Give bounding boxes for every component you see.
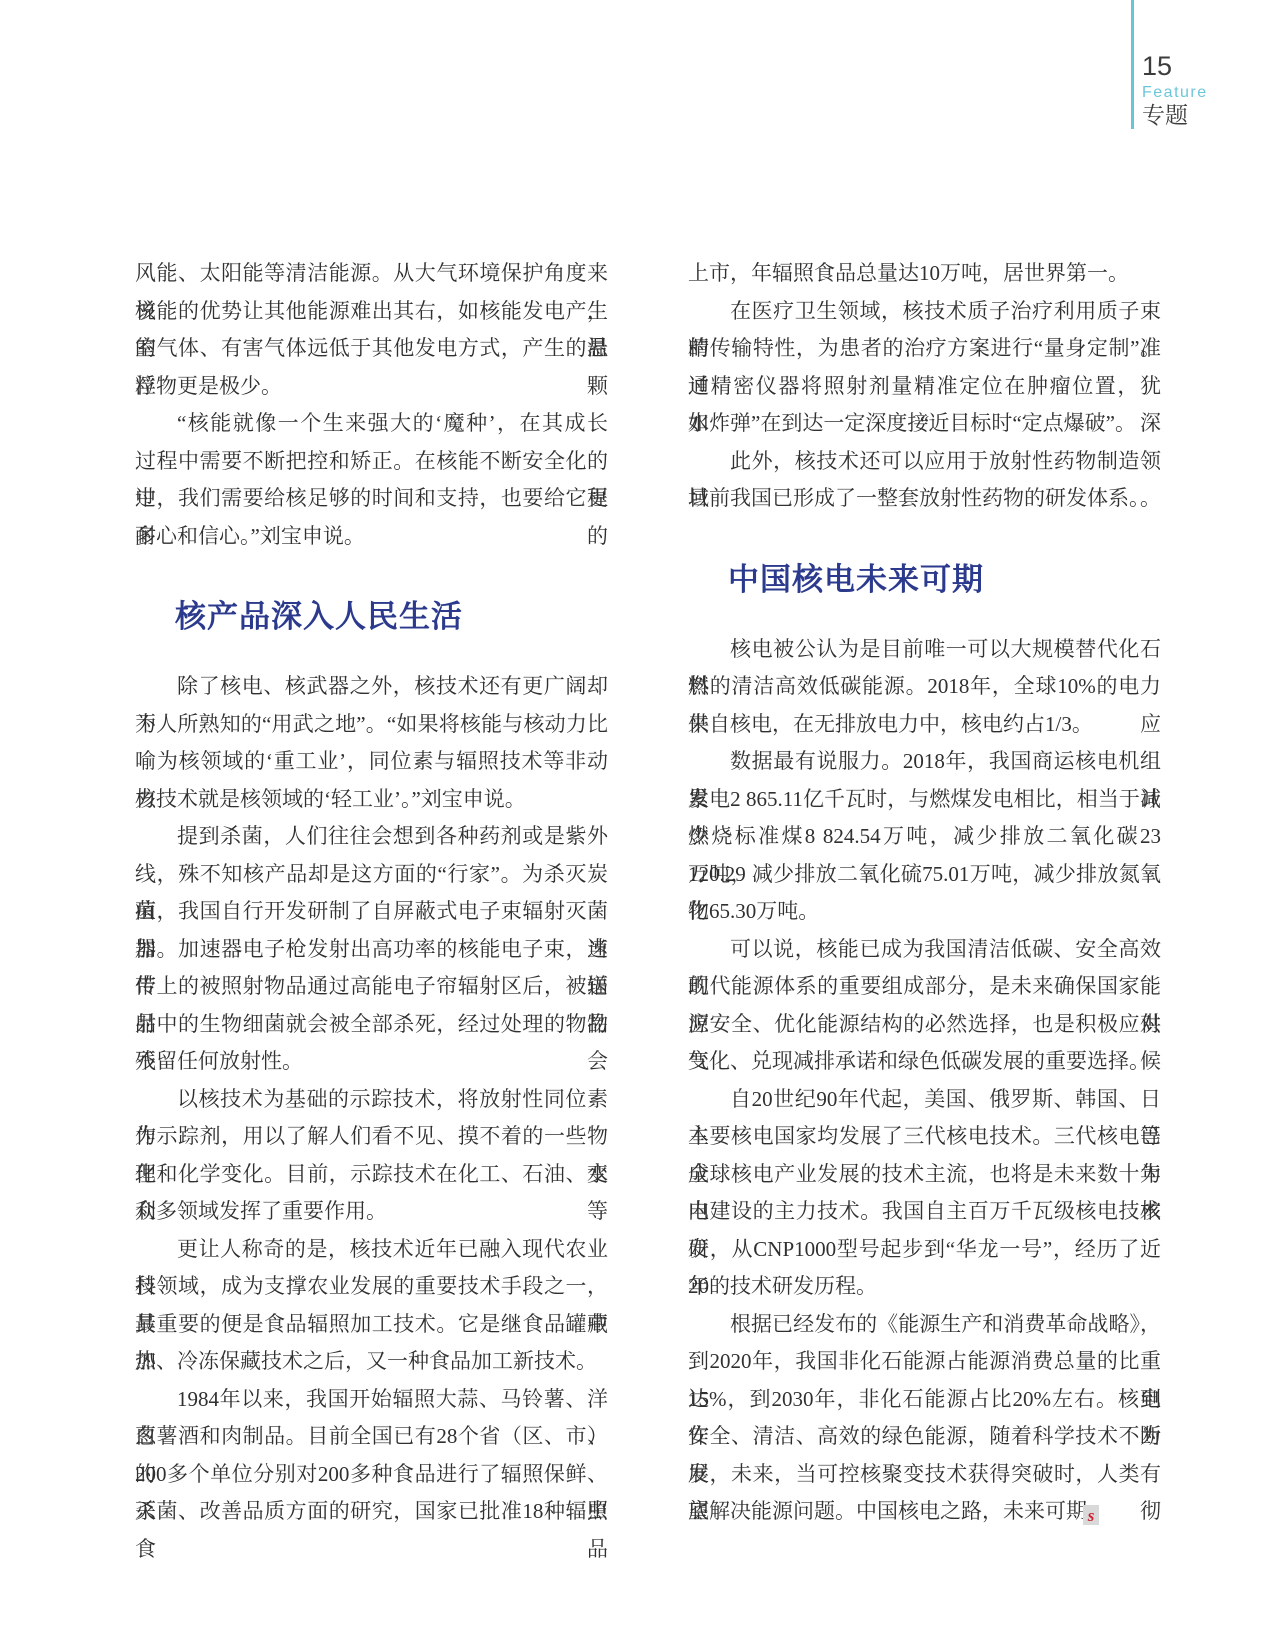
page-number: 15: [1142, 53, 1172, 80]
text-line: 热、冷冻保藏技术之后，又一种食品加工新技术。: [135, 1343, 608, 1381]
text-line: 的传输特性，为患者的治疗方案进行“量身定制”。通: [688, 330, 1161, 368]
text-line: 技领域，成为支撑农业发展的重要技术手段之一，其中: [135, 1268, 608, 1306]
text-line: 电建设的主力技术。我国自主百万千瓦级核电技术研: [688, 1193, 1161, 1231]
text-line: 提到杀菌，人们往往会想到各种药剂或是紫外: [135, 818, 608, 856]
text-line: 目前我国已形成了一整套放射性药物的研发体系。: [688, 480, 1161, 518]
text-line: 过精密仪器将照射剂量精准定位在肿瘤位置，犹如“深: [688, 368, 1161, 406]
text-line: 为示踪剂，用以了解人们看不见、摸不着的一些物理变: [135, 1118, 608, 1156]
text-line: 自20世纪90年代起，美国、俄罗斯、韩国、日本等: [688, 1081, 1161, 1119]
text-line: 变化、兑现减排承诺和绿色低碳发展的重要选择。: [688, 1043, 1161, 1081]
text-line: 水炸弹”在到达一定深度接近目标时“定点爆破”。: [688, 405, 1161, 443]
text-line: 发电2 865.11亿千瓦时，与燃煤发电相比，相当于减少: [688, 781, 1161, 819]
text-line: 来自核电，在无排放电力中，核电约占1/3。: [688, 706, 1161, 744]
text-line: 展，未来，当可控核聚变技术获得突破时，人类有望彻: [688, 1456, 1161, 1494]
left-text-column: 风能、太阳能等清洁能源。从大气环境保护角度来说，核能的优势让其他能源难出其右，如…: [135, 255, 608, 1531]
header-accent-rule: [1131, 0, 1134, 129]
text-line: 发，从CNP1000型号起步到“华龙一号”，经历了近20: [688, 1231, 1161, 1269]
text-line: 最重要的便是食品辐照加工技术。它是继食品罐藏加: [135, 1306, 608, 1344]
text-line: 线，殊不知核产品却是这方面的“行家”。为杀灭炭疽: [135, 856, 608, 894]
text-line: 上市，年辐照食品总量达10万吨，居世界第一。: [688, 255, 1161, 293]
section-heading: 中国核电未来可期: [688, 563, 1161, 597]
section-label-zh: 专题: [1142, 102, 1188, 128]
text-line: 数据最有说服力。2018年，我国商运核电机组累计: [688, 743, 1161, 781]
text-line: 在医疗卫生领域，核技术质子治疗利用质子束精准: [688, 293, 1161, 331]
text-line: 物65.30万吨。: [688, 893, 1161, 931]
text-line: 现代能源体系的重要组成部分，是未来确保国家能源供: [688, 968, 1161, 1006]
text-line: 年的技术研发历程。: [688, 1268, 1161, 1306]
text-line: 燃烧标准煤8 824.54万吨，减少排放二氧化碳23 120.29: [688, 818, 1161, 856]
text-line: 15%，到2030年，非化石能源占比20%左右。核电作为: [688, 1381, 1161, 1419]
text-line: 万吨，减少排放二氧化硫75.01万吨，减少排放氮氧化: [688, 856, 1161, 894]
magazine-page: 15 Feature 专题 风能、太阳能等清洁能源。从大气环境保护角度来说，核能…: [0, 0, 1270, 1642]
text-line: 全球核电产业发展的技术主流，也将是未来数十年内核: [688, 1156, 1161, 1194]
text-line: 根据已经发布的《能源生产和消费革命战略》，: [688, 1306, 1161, 1344]
text-line: 安全、清洁、高效的绿色能源，随着科学技术不断发: [688, 1418, 1161, 1456]
text-line: 更让人称奇的是，核技术近年已融入现代农业科: [135, 1231, 608, 1269]
article-end-mark: s: [1083, 1505, 1099, 1525]
right-text-column: 上市，年辐照食品总量达10万吨，居世界第一。在医疗卫生领域，核技术质子治疗利用质…: [688, 255, 1161, 1531]
section-heading: 核产品深入人民生活: [135, 600, 608, 634]
text-line: 料的清洁高效低碳能源。2018年，全球10%的电力供应: [688, 668, 1161, 706]
text-line: 喻为核领域的‘重工业’，同位素与辐照技术等非动力: [135, 743, 608, 781]
text-line: 带上的被照射物品通过高能电子帘辐射区后，被辐射物: [135, 968, 608, 1006]
text-line: 1984年以来，我国开始辐照大蒜、马铃薯、洋葱、: [135, 1381, 608, 1419]
text-line: 主要核电国家均发展了三代核电技术。三代核电已成为: [688, 1118, 1161, 1156]
text-line: 过程中需要不断把控和矫正。在核能不断安全化的过程: [135, 443, 608, 481]
text-line: 白薯酒和肉制品。目前全国已有28个省（区、市）的: [135, 1418, 608, 1456]
text-line: 菌，我国自行开发研制了自屏蔽式电子束辐射灭菌加速: [135, 893, 608, 931]
text-line: 核能的优势让其他能源难出其右，如核能发电产生的温: [135, 293, 608, 331]
text-line: 此外，核技术还可以应用于放射性药物制造领域。: [688, 443, 1161, 481]
text-line: 200多个单位分别对200多种食品进行了辐照保鲜、杀虫: [135, 1456, 608, 1494]
text-line: 品中的生物细菌就会被全部杀死，经过处理的物品不会: [135, 1006, 608, 1044]
text-line: 可以说，核能已成为我国清洁低碳、安全高效的: [688, 931, 1161, 969]
text-line: 为人所熟知的“用武之地”。“如果将核能与核动力比: [135, 706, 608, 744]
text-line: “核能就像一个生来强大的‘魔种’，在其成长: [135, 405, 608, 443]
text-line: 灭菌、改善品质方面的研究，国家已批准18种辐照食品: [135, 1493, 608, 1531]
text-line: 中，我们需要给核足够的时间和支持，也要给它更多的: [135, 480, 608, 518]
text-line: 应安全、优化能源结构的必然选择，也是积极应对气候: [688, 1006, 1161, 1044]
text-line: 器。加速器电子枪发射出高功率的核能电子束，当传送: [135, 931, 608, 969]
text-line: 风能、太阳能等清洁能源。从大气环境保护角度来说，: [135, 255, 608, 293]
text-line: 室气体、有害气体远低于其他发电方式，产生的悬浮颗: [135, 330, 608, 368]
text-line: 以核技术为基础的示踪技术，将放射性同位素作: [135, 1081, 608, 1119]
text-line: 到2020年，我国非化石能源占能源消费总量的比重达到: [688, 1343, 1161, 1381]
end-mark-glyph: s: [1088, 1507, 1095, 1524]
text-line: 核电被公认为是目前唯一可以大规模替代化石燃: [688, 631, 1161, 669]
section-label-en: Feature: [1142, 85, 1208, 100]
text-line: 除了核电、核武器之外，核技术还有更广阔却不: [135, 668, 608, 706]
text-line: 核技术就是核领域的‘轻工业’。”刘宝申说。: [135, 781, 608, 819]
text-line: 化和化学变化。目前，示踪技术在化工、石油、水利等: [135, 1156, 608, 1194]
